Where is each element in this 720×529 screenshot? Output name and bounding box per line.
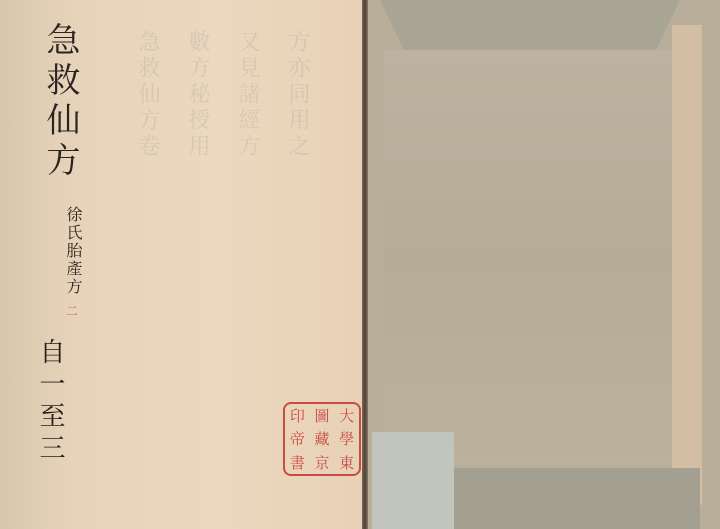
bleed-through-text: 急救仙方卷 <box>130 30 164 160</box>
left-page-cover: 急救仙方卷 數方秘授用 又見諸經方 方亦同用之 急救仙方 徐氏胎產方 二 自一至… <box>0 0 365 529</box>
bleed-through-text: 數方秘授用 <box>180 30 214 160</box>
bottom-paper-flap <box>450 468 700 529</box>
seal-char: 東 <box>334 452 359 473</box>
volume-range: 自一至三 <box>32 338 69 466</box>
book-subtitle: 徐氏胎產方 <box>62 206 85 296</box>
bleed-through-text: 又見諸經方 <box>230 30 264 160</box>
seal-char: 書 <box>285 452 310 473</box>
seal-char: 藏 <box>310 428 335 449</box>
bleed-through-text: 方亦同用之 <box>280 30 314 160</box>
inner-paper-panel <box>384 50 674 465</box>
seal-char: 學 <box>334 428 359 449</box>
library-seal-stamp: 印 圖 大 帝 藏 學 書 京 東 <box>283 402 361 476</box>
seal-char: 京 <box>310 452 335 473</box>
right-paper-strip <box>672 25 702 505</box>
volume-mark: 二 <box>66 302 78 319</box>
book-title: 急救仙方 <box>36 22 85 182</box>
seal-char: 帝 <box>285 428 310 449</box>
top-paper-flap <box>380 0 680 50</box>
seal-char: 圖 <box>310 405 335 426</box>
seal-char: 大 <box>334 405 359 426</box>
seal-char: 印 <box>285 405 310 426</box>
paper-label-patch <box>372 432 454 529</box>
